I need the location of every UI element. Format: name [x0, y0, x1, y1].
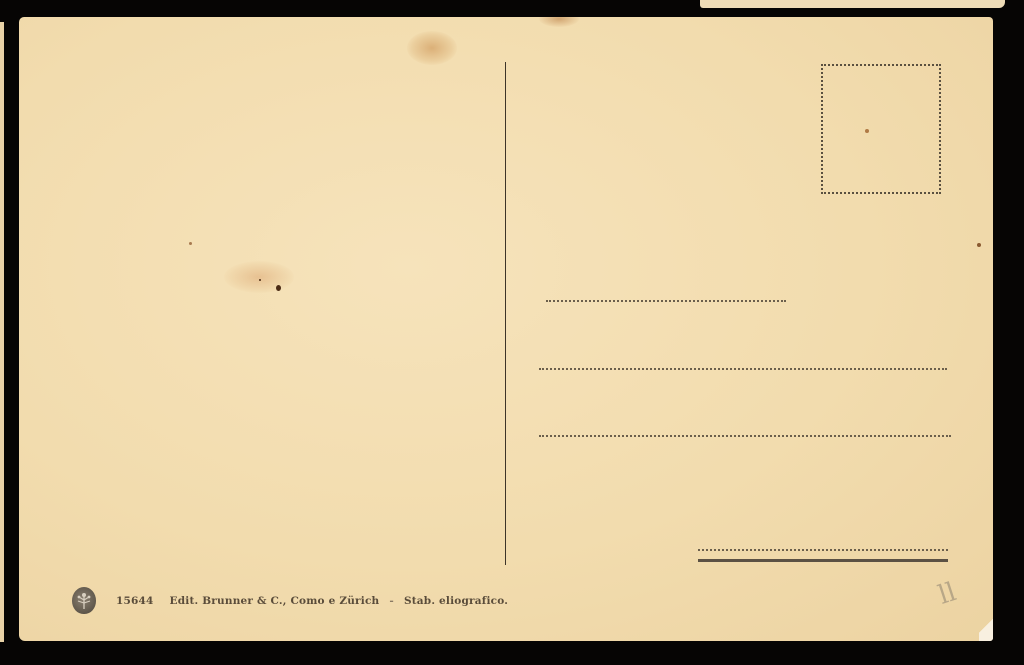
printer-name: Stab. eliografico. — [404, 595, 508, 607]
address-line-1 — [546, 300, 786, 302]
pencil-annotation: ll — [935, 577, 960, 611]
address-line-4 — [698, 549, 948, 551]
message-address-divider — [505, 62, 506, 565]
address-line-2 — [539, 368, 947, 370]
scan-background: 15644 Edit. Brunner & C., Como e Zürich … — [0, 0, 1024, 665]
adjacent-card-edge-top — [700, 0, 1005, 8]
address-underline — [698, 559, 948, 562]
adjacent-card-edge-left — [0, 22, 4, 642]
stain-spot — [259, 279, 261, 281]
stain-spot — [189, 242, 192, 245]
foxing-stain — [539, 17, 579, 27]
address-line-3 — [539, 435, 951, 437]
stain-spot — [276, 285, 281, 291]
corner-wear — [979, 611, 993, 641]
tree-emblem-icon — [72, 587, 96, 614]
stain-spot — [977, 243, 981, 247]
stamp-box — [821, 64, 941, 194]
publisher-imprint: 15644 Edit. Brunner & C., Como e Zürich … — [72, 587, 508, 614]
imprint-separator: - — [389, 595, 394, 607]
postcard-back: 15644 Edit. Brunner & C., Como e Zürich … — [19, 17, 993, 641]
foxing-stain — [407, 31, 457, 65]
publisher-name: Edit. Brunner & C., Como e Zürich — [170, 595, 380, 607]
foxing-stain — [224, 261, 294, 293]
catalog-number: 15644 — [116, 595, 154, 607]
